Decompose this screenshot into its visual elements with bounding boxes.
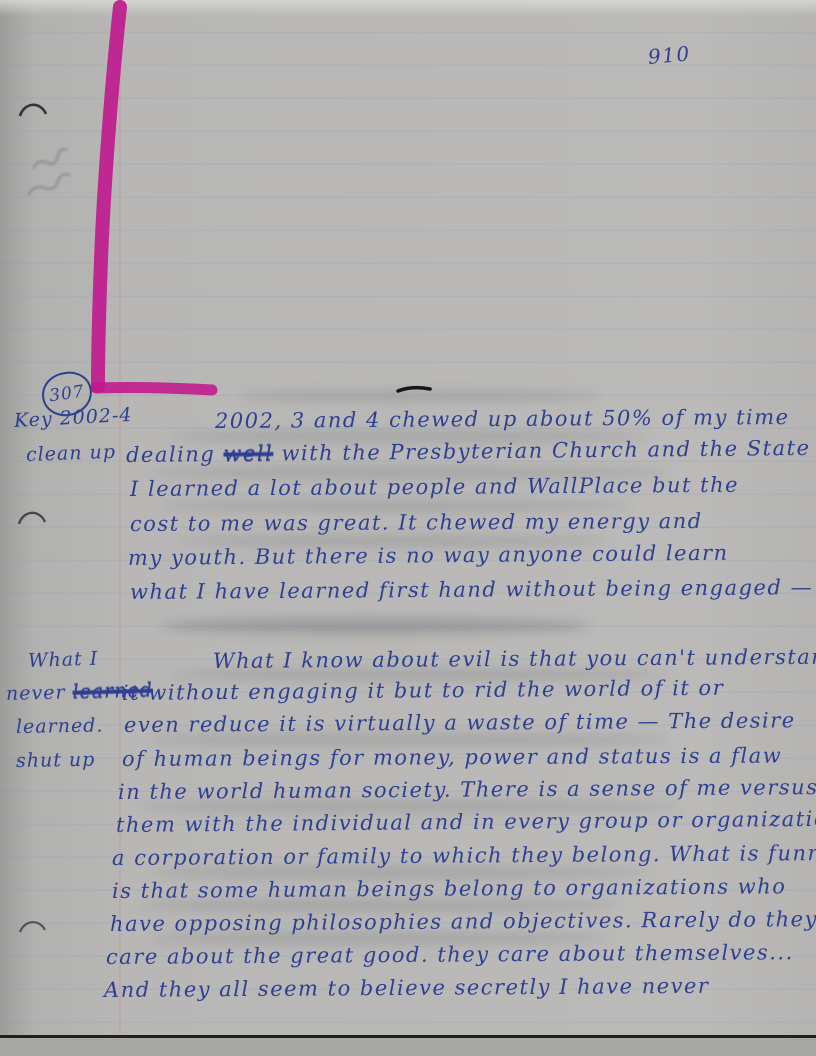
magenta-marker-stroke xyxy=(96,7,212,390)
line-text: with the Presbyterian Church and the Sta… xyxy=(273,435,816,465)
handwritten-line: my youth. But there is no way anyone cou… xyxy=(128,540,729,571)
handwritten-line: them with the individual and in every gr… xyxy=(116,806,816,838)
handwritten-line: of human beings for money, power and sta… xyxy=(122,743,782,772)
hole-punch-marks xyxy=(19,105,46,932)
margin-note-line2-pre: never xyxy=(6,681,73,705)
pen-dash-mark xyxy=(398,388,430,391)
handwritten-line: is that some human beings belong to orga… xyxy=(112,873,787,904)
line-text: dealing xyxy=(126,442,224,467)
pencil-bleed-scribble xyxy=(26,147,71,198)
circled-margin-number-text: 307 xyxy=(48,382,86,407)
handwritten-line: a corporation or family to which they be… xyxy=(112,840,816,871)
bleed-through-smudge xyxy=(240,390,600,402)
handwritten-line: it without engaging it but to rid the wo… xyxy=(122,675,724,706)
handwritten-line: 2002, 3 and 4 chewed up about 50% of my … xyxy=(215,404,790,434)
margin-note-line3: learned. xyxy=(16,712,104,740)
erased-line-smudge xyxy=(160,618,590,634)
margin-note-key-line2: clean up xyxy=(26,439,117,468)
handwritten-line: What I know about evil is that you can't… xyxy=(213,644,816,674)
handwritten-line: have opposing philosophies and objective… xyxy=(110,906,816,937)
page-number: 910 xyxy=(647,40,692,70)
scanned-journal-page: 910 307 Key 2002-4 clean up What I never… xyxy=(0,0,816,1056)
margin-note-key-line1: Key 2002-4 xyxy=(13,402,133,434)
handwritten-line: dealing well with the Presbyterian Churc… xyxy=(126,434,816,468)
margin-note-line1: What I xyxy=(28,646,99,674)
handwritten-line: cost to me was great. It chewed my energ… xyxy=(130,508,703,537)
handwritten-line: care about the great good. they care abo… xyxy=(106,939,794,970)
margin-note-line4: shut up xyxy=(16,747,96,774)
handwritten-line: even reduce it is virtually a waste of t… xyxy=(124,707,796,738)
handwritten-line: And they all seem to believe secretly I … xyxy=(104,973,710,1003)
scratched-out-word: well xyxy=(223,441,273,466)
handwritten-line: what I have learned first hand without b… xyxy=(130,574,813,605)
scan-bottom-band xyxy=(0,1038,816,1056)
handwritten-line: in the world human society. There is a s… xyxy=(118,774,816,805)
handwritten-line: I learned a lot about people and WallPla… xyxy=(130,472,739,502)
